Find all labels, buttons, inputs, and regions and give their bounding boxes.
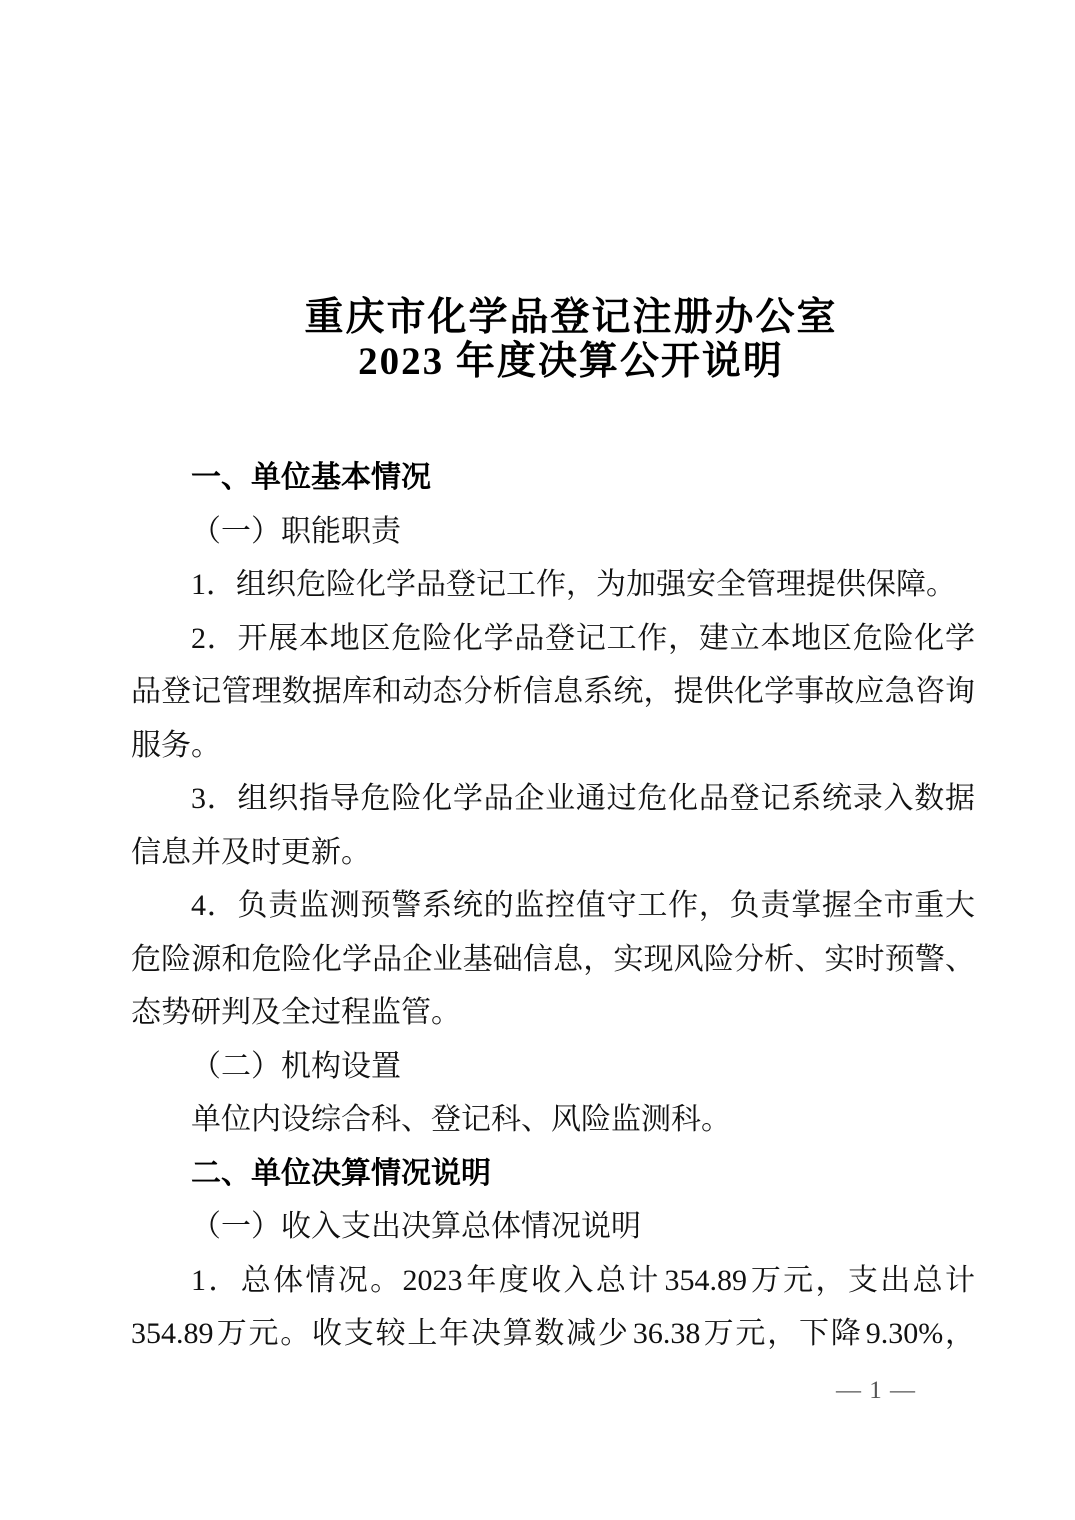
paragraph-duty-4-line-3: 态势研判及全过程监管。: [131, 986, 975, 1040]
subsection-heading-duties: （一）职能职责: [131, 505, 975, 559]
paragraph-duty-1: 1．组织危险化学品登记工作，为加强安全管理提供保障。: [131, 558, 975, 612]
section-heading-final-accounts: 二、单位决算情况说明: [131, 1147, 975, 1201]
paragraph-duty-4-line-2: 危险源和危险化学品企业基础信息，实现风险分析、实时预警、: [131, 933, 975, 987]
document-body: 一、单位基本情况 （一）职能职责 1．组织危险化学品登记工作，为加强安全管理提供…: [131, 451, 975, 1361]
paragraph-duty-2-line-2: 品登记管理数据库和动态分析信息系统，提供化学事故应急咨询: [131, 665, 975, 719]
subsection-heading-income-expense-overview: （一）收入支出决算总体情况说明: [131, 1200, 975, 1254]
paragraph-duty-2-line-1: 2．开展本地区危险化学品登记工作，建立本地区危险化学: [131, 612, 975, 666]
paragraph-overall-line-2: 354.89 万元。收支较上年决算数减少 36.38 万元，下降 9.30%，: [131, 1307, 975, 1361]
section-heading-unit-basic-info: 一、单位基本情况: [131, 451, 975, 505]
page-number: — 1 —: [826, 1375, 926, 1407]
subsection-heading-org-structure: （二）机构设置: [131, 1040, 975, 1094]
paragraph-overall-line-1: 1．总体情况。2023 年度收入总计 354.89 万元，支出总计: [131, 1254, 975, 1308]
paragraph-org-structure: 单位内设综合科、登记科、风险监测科。: [131, 1093, 975, 1147]
document-title-line-2: 2023 年度决算公开说明: [167, 340, 975, 384]
paragraph-duty-2-line-3: 服务。: [131, 719, 975, 773]
paragraph-duty-3-line-1: 3．组织指导危险化学品企业通过危化品登记系统录入数据: [131, 772, 975, 826]
document-title: 重庆市化学品登记注册办公室 2023 年度决算公开说明: [131, 296, 975, 384]
paragraph-duty-4-line-1: 4．负责监测预警系统的监控值守工作，负责掌握全市重大: [131, 879, 975, 933]
paragraph-duty-3-line-2: 信息并及时更新。: [131, 826, 975, 880]
document-page: 重庆市化学品登记注册办公室 2023 年度决算公开说明 一、单位基本情况 （一）…: [0, 0, 1075, 1520]
document-title-line-1: 重庆市化学品登记注册办公室: [167, 296, 975, 340]
